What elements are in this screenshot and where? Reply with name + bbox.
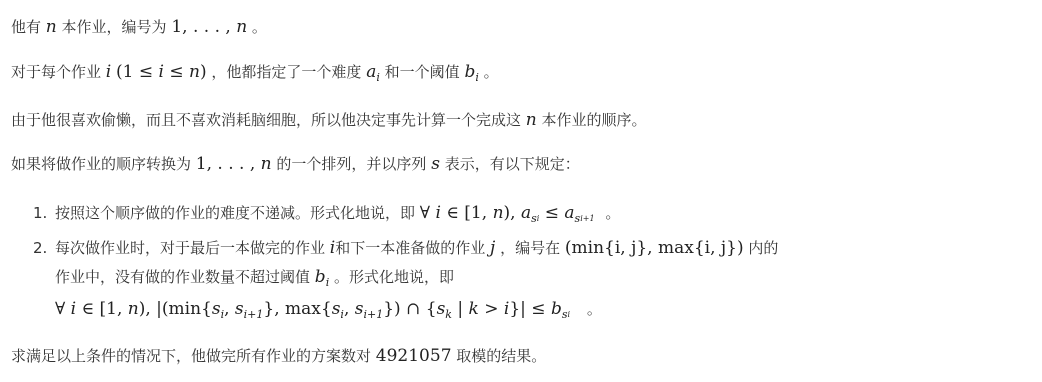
text: 。 [605, 204, 620, 222]
math-range: 1, . . . , n [171, 17, 247, 37]
list-number: 2. [33, 237, 55, 259]
text: 本作业的顺序。 [542, 111, 647, 129]
rule-2: 2.每次做作业时，对于最后一本做完的作业 i和下一本准备做的作业 j ，编号在 … [33, 237, 778, 259]
text: 表示，有以下规定： [445, 155, 580, 173]
math-modulus: 4921057 [376, 346, 452, 366]
text: 如果将做作业的顺序转换为 [11, 155, 191, 173]
text: 按照这个顺序做的作业的难度不递减。形式化地说，即 [55, 204, 415, 222]
list-number: 1. [33, 202, 55, 224]
math-b-i: bi [315, 267, 329, 287]
rule-2-formula: ∀ i ∈ [1, n), |(min{si, si+1}, max{si, s… [55, 298, 602, 326]
math-range: 1, . . . , n [196, 154, 272, 174]
text: 作业中，没有做的作业数量不超过阈值 [55, 268, 310, 286]
math-a-i: ai [366, 62, 380, 82]
text: 求满足以上条件的情况下，他做完所有作业的方案数对 [11, 347, 371, 365]
text: 。 [484, 63, 499, 81]
math-n: n [46, 17, 57, 37]
paragraph-homework-count: 他有 n 本作业，编号为 1, . . . , n 。 [11, 16, 267, 38]
text: 本作业，编号为 [62, 18, 167, 36]
math-rule-2-formula: ∀ i ∈ [1, n), |(min{si, si+1}, max{si, s… [55, 299, 570, 319]
math-condition: (1 ≤ i ≤ n) [116, 62, 207, 82]
math-s: s [431, 154, 440, 174]
text: 和下一本准备做的作业 [335, 239, 485, 257]
text: 对于每个作业 [11, 63, 101, 81]
text: 。 [252, 18, 267, 36]
text: ，他都指定了一个难度 [211, 63, 361, 81]
text: 每次做作业时，对于最后一本做完的作业 [55, 239, 325, 257]
paragraph-lazy-order: 由于他很喜欢偷懒，而且不喜欢消耗脑细胞，所以他决定事先计算一个完成这 n 本作业… [11, 109, 647, 131]
paragraph-permutation: 如果将做作业的顺序转换为 1, . . . , n 的一个排列，并以序列 s 表… [11, 153, 580, 175]
math-n: n [526, 110, 537, 130]
text: 和一个阈值 [385, 63, 460, 81]
math-rule-1-formula: ∀ i ∈ [1, n), asi ≤ asi+1 [420, 203, 595, 223]
rule-2-continuation: 作业中，没有做的作业数量不超过阈值 bi 。形式化地说，即 [55, 266, 454, 294]
paragraph-difficulty-threshold: 对于每个作业 i (1 ≤ i ≤ n) ，他都指定了一个难度 ai 和一个阈值… [11, 61, 499, 89]
text: 。形式化地说，即 [334, 268, 454, 286]
text: 他有 [11, 18, 41, 36]
text: ，编号在 [500, 239, 560, 257]
math-interval: (min{i, j}, max{i, j}) [565, 238, 744, 258]
text: 内的 [748, 239, 778, 257]
math-i: i [106, 62, 111, 82]
math-j: j [490, 238, 495, 258]
rule-1: 1.按照这个顺序做的作业的难度不递减。形式化地说，即 ∀ i ∈ [1, n),… [33, 202, 620, 230]
math-b-i: bi [464, 62, 478, 82]
paragraph-answer-modulo: 求满足以上条件的情况下，他做完所有作业的方案数对 4921057 取模的结果。 [11, 345, 546, 367]
text: 取模的结果。 [456, 347, 546, 365]
text: 由于他很喜欢偷懒，而且不喜欢消耗脑细胞，所以他决定事先计算一个完成这 [11, 111, 521, 129]
text: 。 [587, 300, 602, 318]
text: 的一个排列，并以序列 [276, 155, 426, 173]
